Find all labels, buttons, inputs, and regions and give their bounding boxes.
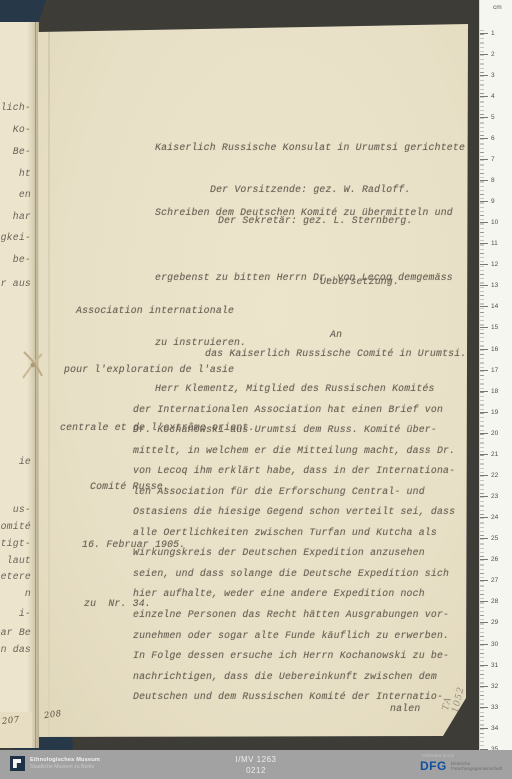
- text-fragment: ar Be: [1, 627, 31, 638]
- ruler-unit-label: cm: [493, 4, 502, 11]
- document-scan-viewer: lich-Ko-Be-htenhargkei-be-r ausieus-omit…: [0, 0, 512, 779]
- ruler-cm-mark: 26: [480, 556, 498, 563]
- handwritten-prev-page-number: 207: [2, 715, 21, 727]
- letterhead-line: pour l'exploration de l'asie: [64, 360, 255, 380]
- ruler: cm 1234567891011121314151617181920212223…: [479, 0, 512, 750]
- body-line: zunehmen oder sogar alte Funde käuflich …: [133, 626, 455, 647]
- text-fragment: n das: [1, 644, 31, 655]
- text-fragment: omité: [1, 521, 31, 532]
- ruler-cm-mark: 2: [480, 51, 495, 58]
- ruler-cm-mark: 1: [480, 30, 495, 37]
- body-line: Ostasiens die hiesige Gegend schon verte…: [133, 502, 455, 523]
- signature-chairman: Der Vorsitzende: gez. W. Radloff.: [210, 184, 411, 195]
- text-fragment: Be-: [13, 146, 31, 157]
- signature-secretary: Der Sekretär: gez. L. Sternberg.: [218, 215, 413, 226]
- text-fragment: ht: [19, 168, 31, 179]
- ruler-cm-mark: 32: [480, 683, 498, 690]
- text-fragment: ie: [19, 456, 31, 467]
- ruler-cm-mark: 28: [480, 598, 498, 605]
- ruler-cm-mark: 3: [480, 72, 495, 79]
- binding-thread-knot: [20, 350, 46, 382]
- body-line: Wirkungskreis der Deutschen Expedition a…: [133, 543, 455, 564]
- ruler-cm-mark: 27: [480, 577, 498, 584]
- ruler-cm-mark: 30: [480, 641, 498, 648]
- text-fragment: r aus: [1, 278, 31, 289]
- body-line: einzelne Personen das Recht hätten Ausgr…: [133, 605, 455, 626]
- ruler-cm-mark: 11: [480, 240, 498, 247]
- body-line: nachrichtigen, dass die Uebereinkunft zw…: [133, 667, 455, 688]
- ruler-cm-mark: 12: [480, 261, 498, 268]
- handwritten-page-number: 208: [43, 709, 62, 721]
- archive-footer-bar: Ethnologisches Museum Staatliche Museen …: [0, 750, 512, 779]
- ruler-cm-mark: 6: [480, 135, 495, 142]
- text-fragment: i-: [19, 608, 31, 619]
- translation-label: Uebersetzung.: [320, 276, 399, 287]
- text-fragment: htigt-: [0, 538, 31, 549]
- ruler-cm-mark: 29: [480, 619, 498, 626]
- text-fragment: laut: [7, 555, 31, 566]
- intro-line: Kaiserlich Russische Konsulat in Urumtsi…: [155, 137, 465, 159]
- body-line: Herr Klementz, Mitglied des Russischen K…: [133, 379, 455, 400]
- ruler-cm-mark: 5: [480, 114, 495, 121]
- letter-body: Herr Klementz, Mitglied des Russischen K…: [133, 379, 455, 708]
- body-line: In Folge dessen ersuche ich Herrn Kochan…: [133, 646, 455, 667]
- ruler-cm-mark: 34: [480, 725, 498, 732]
- binding-crease: [35, 22, 36, 748]
- ruler-cm-mark: 9: [480, 198, 495, 205]
- ruler-cm-mark: 21: [480, 451, 498, 458]
- text-fragment: us-: [13, 504, 31, 515]
- addressee: das Kaiserlich Russische Comité in Urumt…: [205, 348, 466, 359]
- ruler-cm-mark: 31: [480, 662, 498, 669]
- text-fragment: be-: [13, 254, 31, 265]
- funding-note: Gefördert durch: [422, 753, 502, 758]
- body-line: von Lecoq ihm erklärt habe, dass in der …: [133, 461, 455, 482]
- text-fragment: Ko-: [13, 124, 31, 135]
- addressee-intro: An: [330, 329, 342, 340]
- ruler-cm-mark: 14: [480, 303, 498, 310]
- ruler-cm-mark: 24: [480, 514, 498, 521]
- body-line: len Association für die Erforschung Cent…: [133, 482, 455, 503]
- body-line: der Internationalen Association hat eine…: [133, 400, 455, 421]
- ruler-cm-mark: 10: [480, 219, 498, 226]
- body-line: seien, und dass solange die Deutsche Exp…: [133, 564, 455, 585]
- body-line: Dr. Kochanowski aus Urumtsi dem Russ. Ko…: [133, 420, 455, 441]
- body-line: alle Oertlichkeiten zwischen Turfan und …: [133, 523, 455, 544]
- ruler-cm-mark: 20: [480, 430, 498, 437]
- page-fold-line: [48, 24, 50, 738]
- ruler-cm-mark: 4: [480, 93, 495, 100]
- text-fragment: n: [25, 588, 31, 599]
- text-fragment: en: [19, 189, 31, 200]
- dfg-full-name: Deutsche Forschungsgemeinschaft: [451, 761, 502, 772]
- ruler-cm-mark: 7: [480, 156, 495, 163]
- dfg-logo: DFG: [420, 759, 447, 773]
- ruler-cm-mark: 8: [480, 177, 495, 184]
- catchword: nalen: [390, 703, 420, 714]
- ruler-cm-mark: 33: [480, 704, 498, 711]
- ruler-cm-mark: 18: [480, 388, 498, 395]
- text-fragment: har: [13, 211, 31, 222]
- ruler-cm-mark: 15: [480, 324, 498, 331]
- ruler-cm-mark: 16: [480, 346, 498, 353]
- body-line: mittelt, in welchem er die Mitteilung ma…: [133, 441, 455, 462]
- left-page-edge: lich-Ko-Be-htenhargkei-be-r ausieus-omit…: [0, 22, 39, 748]
- ruler-cm-mark: 23: [480, 493, 498, 500]
- text-fragment: etere: [1, 571, 31, 582]
- text-fragment: lich-: [1, 102, 31, 113]
- text-fragment: gkei-: [1, 232, 31, 243]
- dfg-name-line: Forschungsgemeinschaft: [451, 766, 502, 771]
- ruler-cm-mark: 13: [480, 282, 498, 289]
- ruler-cm-mark: 25: [480, 535, 498, 542]
- dfg-branding: Gefördert durch DFG Deutsche Forschungsg…: [420, 753, 502, 773]
- ruler-cm-mark: 17: [480, 367, 498, 374]
- body-line: hier aufhalte, weder eine andere Expedit…: [133, 584, 455, 605]
- document-page: Kaiserlich Russische Konsulat in Urumtsi…: [36, 24, 468, 738]
- ruler-cm-mark: 19: [480, 409, 498, 416]
- letterhead-line: Association internationale: [76, 301, 255, 321]
- ruler-cm-mark: 22: [480, 472, 498, 479]
